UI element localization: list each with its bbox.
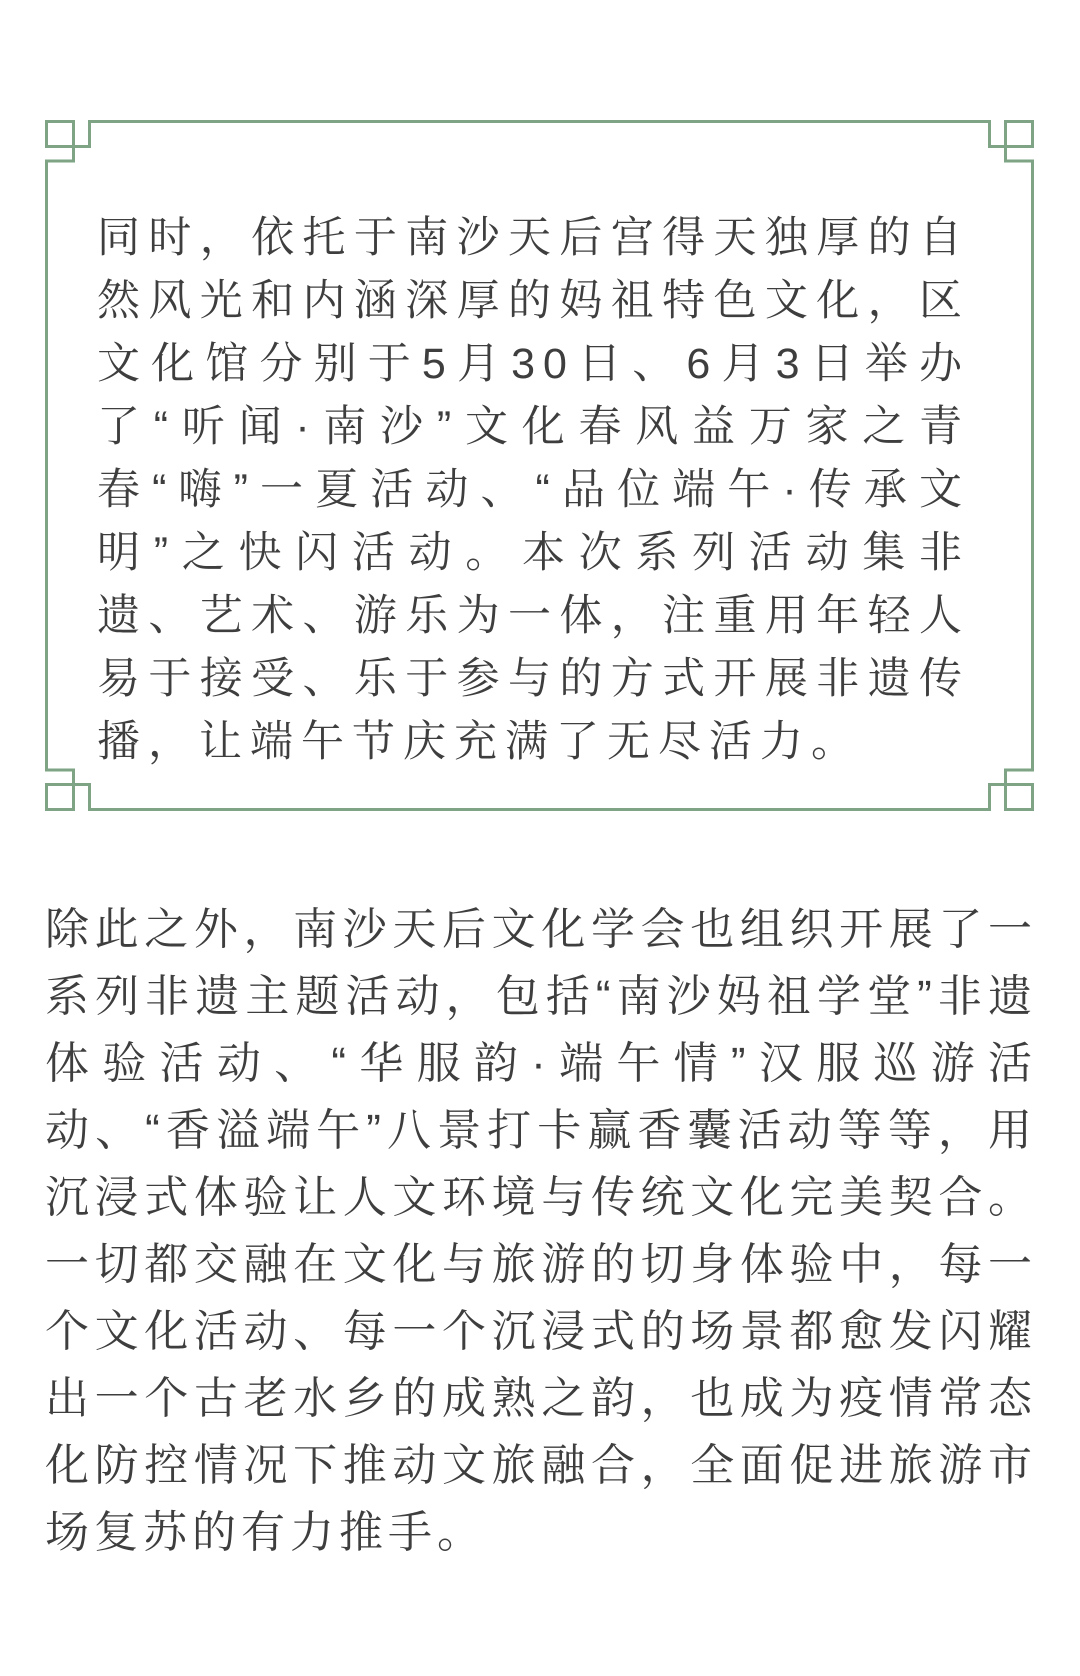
body-paragraph: 除此之外，南沙天后文化学会也组织开展了一系列非遗主题活动，包括“南沙妈祖学堂”非… <box>45 896 1037 1566</box>
article-page: 同时，依托于南沙天后宫得天独厚的自然风光和内涵深厚的妈祖特色文化，区文化馆分别于… <box>0 0 1080 1676</box>
quote-frame-box: 同时，依托于南沙天后宫得天独厚的自然风光和内涵深厚的妈祖特色文化，区文化馆分别于… <box>45 120 1034 811</box>
boxed-paragraph: 同时，依托于南沙天后宫得天独厚的自然风光和内涵深厚的妈祖特色文化，区文化馆分别于… <box>97 207 970 774</box>
